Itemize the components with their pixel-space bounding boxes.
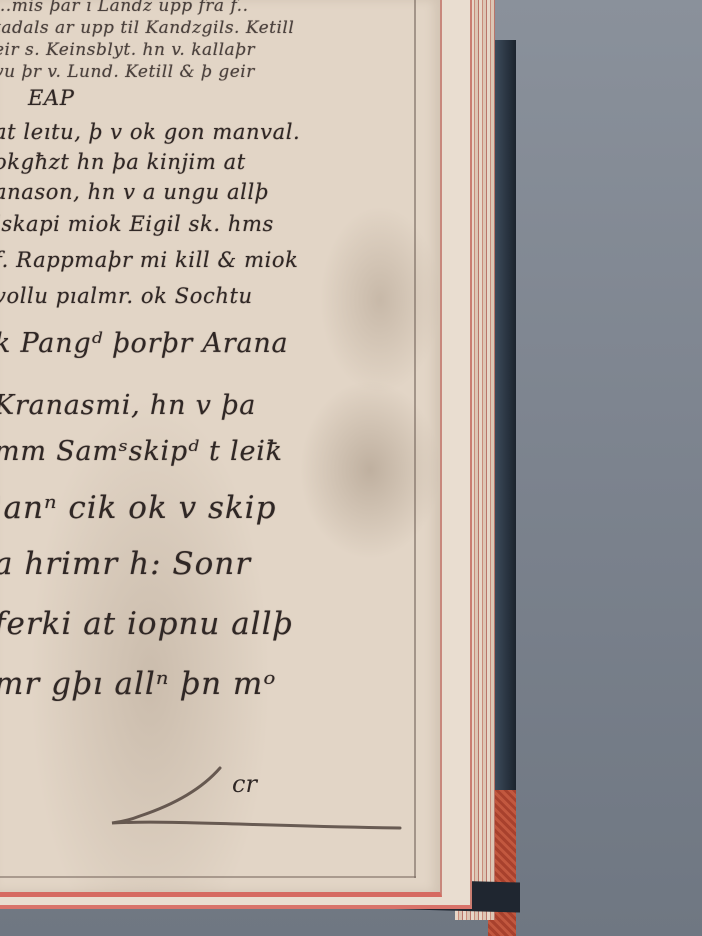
pen-flourish: [110, 766, 410, 836]
ruled-margin-bottom: [0, 876, 416, 878]
manuscript-line: lskapi miok Eigil sk. hms: [0, 212, 274, 236]
manuscript-line: mm Samˢskipᵈ t leiꝁ: [0, 436, 283, 467]
manuscript-line: Kranasmi, hn v þa: [0, 390, 256, 421]
manuscript-line: ferki at iopnu allþ: [0, 606, 293, 642]
manuscript-line: okgħzt hn þa kinjim at: [0, 150, 246, 174]
manuscript-line: a hrimr h: Sonr: [0, 546, 251, 582]
manuscript-line: at leıtu, þ v ok gon manval.: [0, 120, 300, 144]
manuscript-line: ...mis þar ı Landz upp fra f..: [0, 0, 248, 16]
manuscript-line: anason, hn v a ungu allþ: [0, 180, 269, 204]
manuscript-page: ...mis þar ı Landz upp fra f.. tadals ar…: [0, 0, 442, 897]
manuscript-line: k Pangᵈ þorþr Arana: [0, 328, 288, 359]
manuscript-line: EAP: [28, 86, 74, 110]
manuscript-line: eir s. Keinsblyt. hn v. kallaþr: [0, 40, 255, 60]
manuscript-line: vu þr v. Lund. Ketill & þ geir: [0, 62, 255, 82]
manuscript-line: tadals ar upp til Kandzgils. Ketill: [0, 18, 294, 38]
manuscript-line: f. Rappmaþr mi kill & miok: [0, 248, 298, 272]
manuscript-line: 'anⁿ cik ok v skip: [0, 490, 276, 526]
folio-mark: cr: [232, 770, 257, 798]
manuscript-line: mr gþı allⁿ þn mᵒ: [0, 666, 276, 702]
ruled-margin-right: [414, 0, 416, 878]
manuscript-line: vollu pıalmr. ok Sochtu: [0, 284, 253, 308]
